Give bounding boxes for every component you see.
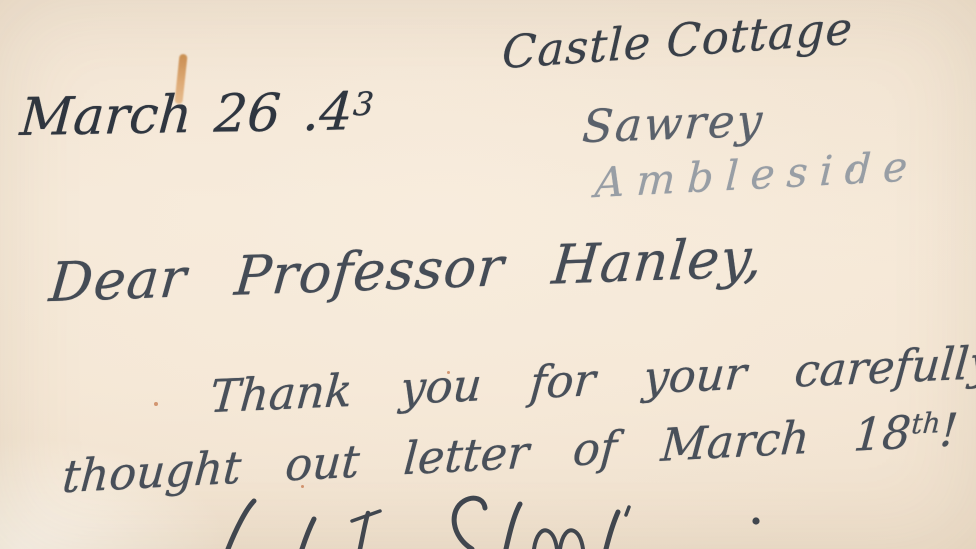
rust-speck — [154, 402, 158, 406]
address-line-ambleside: Ambleside — [594, 146, 920, 204]
address-line-castle-cottage: Castle Cottage — [501, 5, 853, 75]
body-line-2-text: thought out letter of March 18 — [61, 406, 913, 504]
body-line-2: thought out letter of March 18th! — [61, 407, 960, 499]
letter-date-main: March 26 .4 — [18, 82, 355, 148]
letter-photo: Castle Cottage Sawrey Ambleside March 26… — [0, 0, 976, 549]
address-line-sawrey: Sawrey — [581, 98, 766, 149]
letter-date-superscript: 3 — [352, 85, 375, 123]
letter-date: March 26 .43 — [18, 86, 375, 144]
partial-cutoff-line-strokes — [0, 495, 976, 549]
body-line-2-punctuation: ! — [938, 403, 960, 457]
salutation: Dear Professor Hanley, — [47, 231, 765, 310]
body-line-2-superscript: th — [910, 406, 941, 441]
